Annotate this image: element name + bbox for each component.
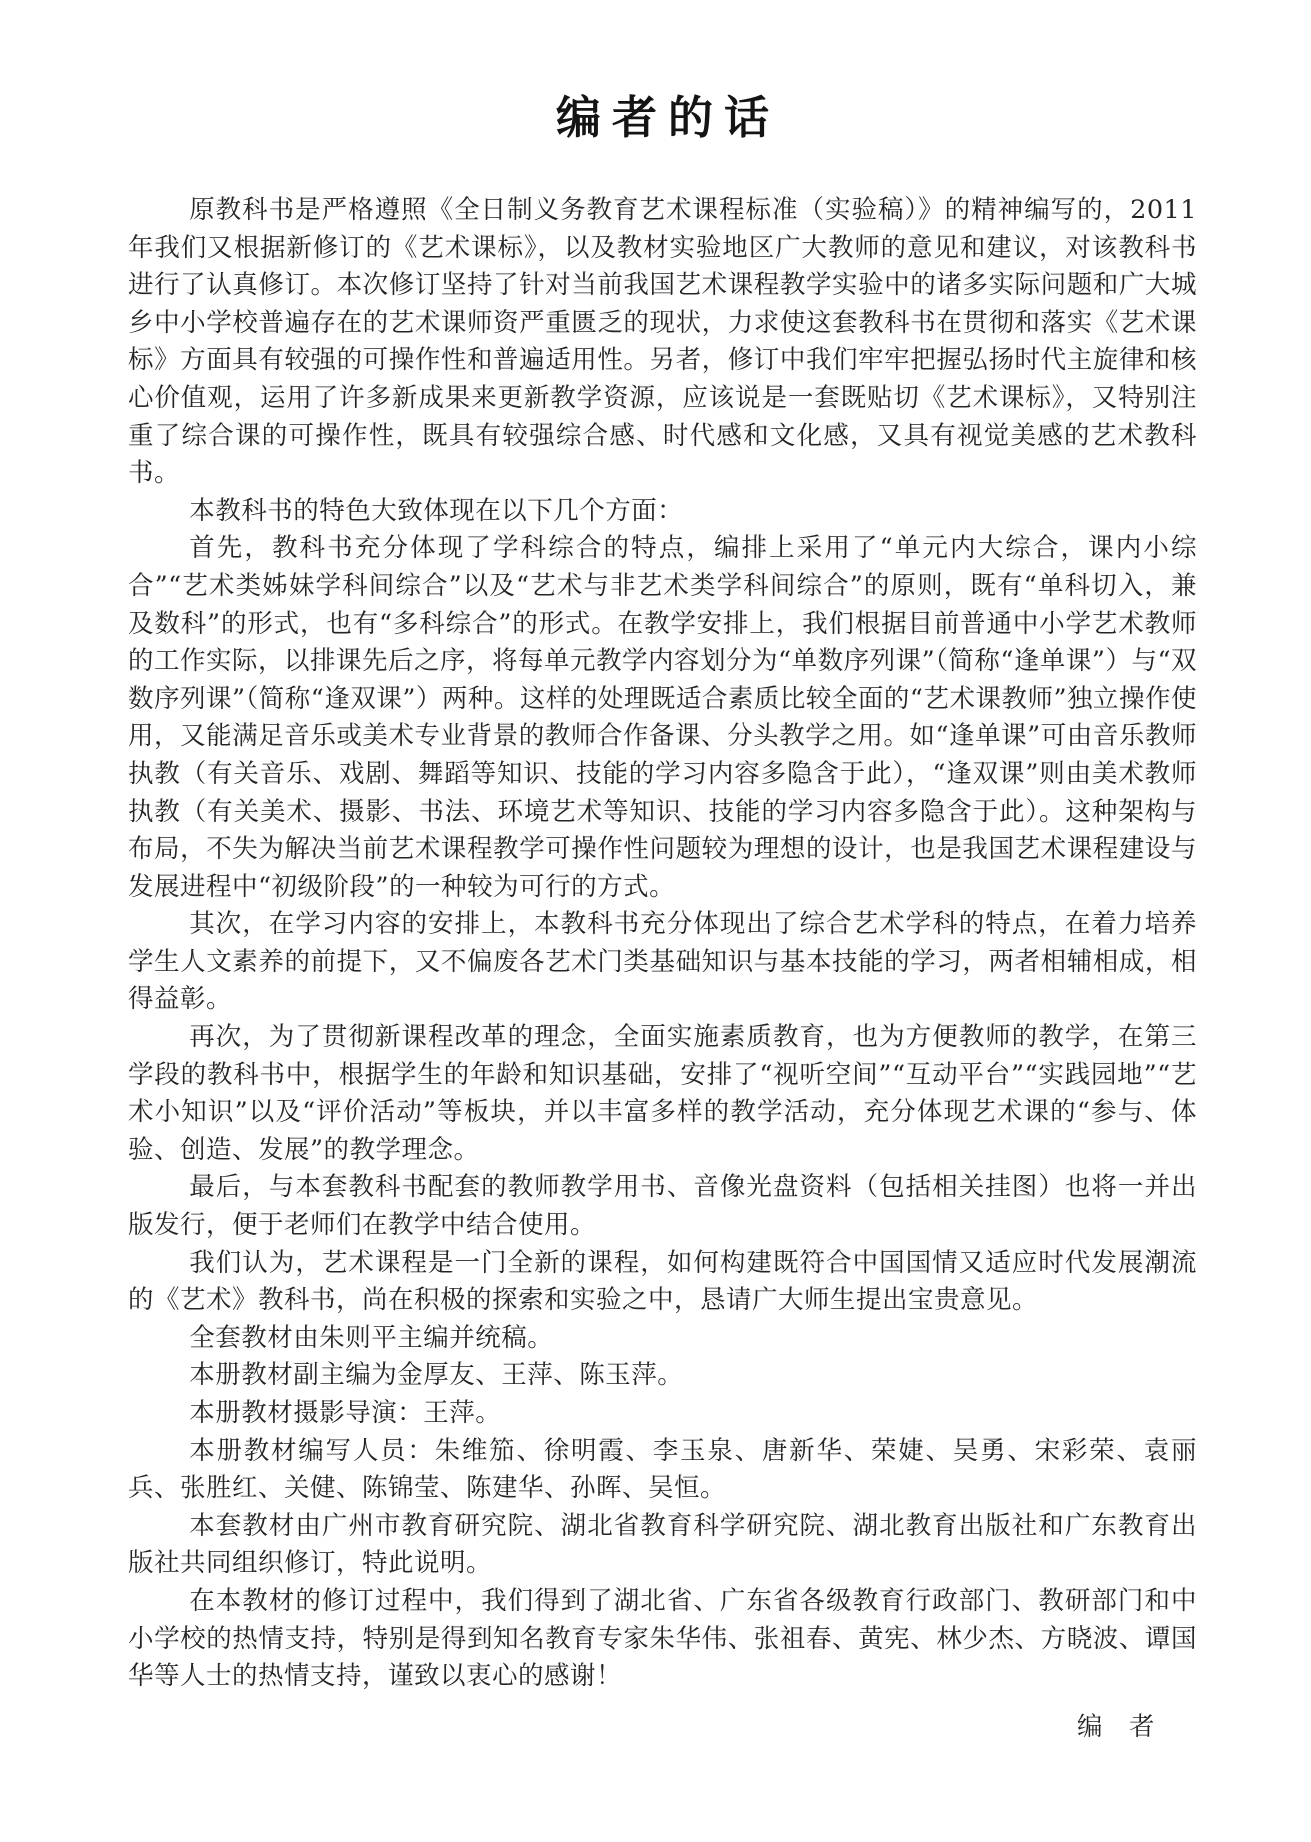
paragraph-photography-director: 本册教材摄影导演：王萍。 (128, 1395, 1197, 1433)
paragraph-third-point: 再次，为了贯彻新课程改革的理念，全面实施素质教育，也为方便教师的教学，在第三学段… (128, 1019, 1197, 1169)
paragraph-acknowledgements: 在本教材的修订过程中，我们得到了湖北省、广东省各级教育行政部门、教研部门和中小学… (128, 1583, 1197, 1696)
paragraph-last-point: 最后，与本套教科书配套的教师教学用书、音像光盘资料（包括相关挂图）也将一并出版发… (128, 1169, 1197, 1244)
paragraph-second-point: 其次，在学习内容的安排上，本教科书充分体现出了综合艺术学科的特点，在着力培养学生… (128, 906, 1197, 1019)
document-page: 编者的话 原教科书是严格遵照《全日制义务教育艺术课程标准（实验稿）》的精神编写的… (0, 0, 1311, 1842)
paragraph-deputy-editors: 本册教材副主编为金厚友、王萍、陈玉萍。 (128, 1357, 1197, 1395)
document-body: 原教科书是严格遵照《全日制义务教育艺术课程标准（实验稿）》的精神编写的，2011… (128, 192, 1197, 1746)
paragraph-chief-editor: 全套教材由朱则平主编并统稿。 (128, 1320, 1197, 1358)
paragraph-features-lead: 本教科书的特色大致体现在以下几个方面： (128, 493, 1197, 531)
paragraph-organizing-institutions: 本套教材由广州市教育研究院、湖北省教育科学研究院、湖北教育出版社和广东教育出版社… (128, 1508, 1197, 1583)
page-title: 编者的话 (128, 92, 1197, 144)
paragraph-first-point: 首先，教科书充分体现了学科综合的特点，编排上采用了“单元内大综合，课内小综合”“… (128, 530, 1197, 906)
paragraph-writing-staff: 本册教材编写人员：朱维笳、徐明霞、李玉泉、唐新华、荣婕、吴勇、宋彩荣、袁丽兵、张… (128, 1433, 1197, 1508)
editor-signature: 编 者 (128, 1709, 1197, 1747)
paragraph-feedback-request: 我们认为，艺术课程是一门全新的课程，如何构建既符合中国国情又适应时代发展潮流的《… (128, 1245, 1197, 1320)
paragraph-intro: 原教科书是严格遵照《全日制义务教育艺术课程标准（实验稿）》的精神编写的，2011… (128, 192, 1197, 493)
